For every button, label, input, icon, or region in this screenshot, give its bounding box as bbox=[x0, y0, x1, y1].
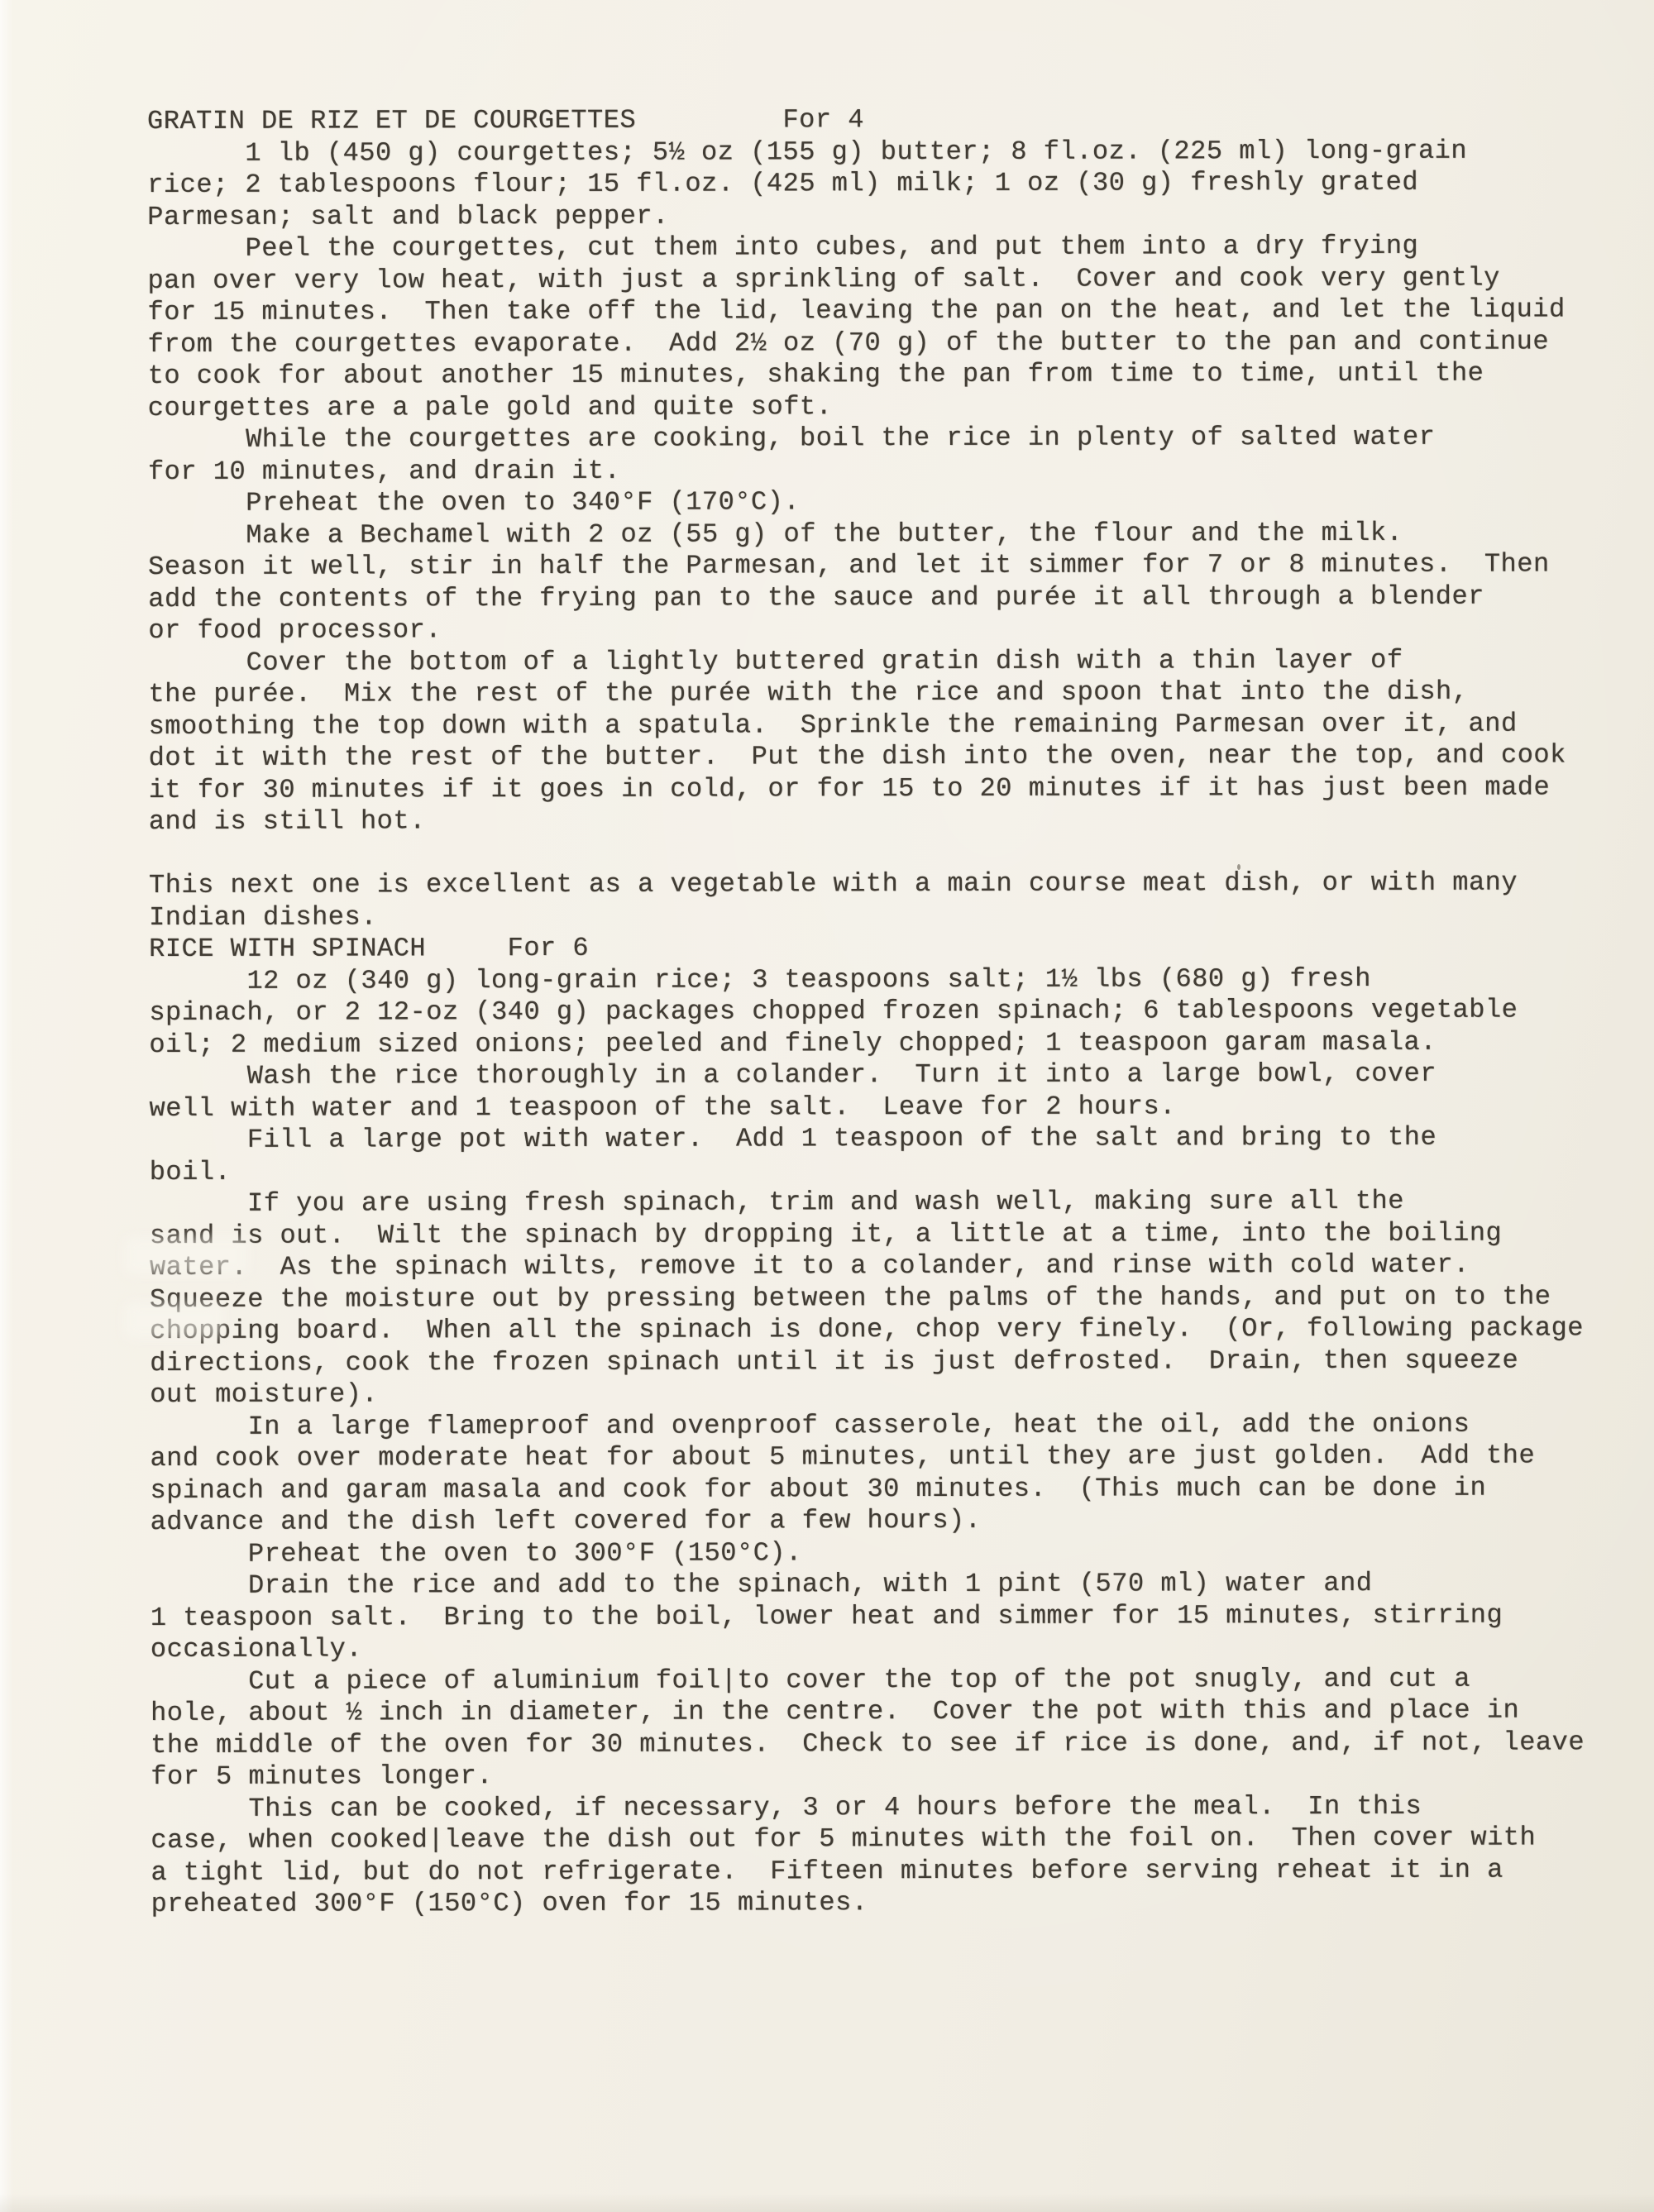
text-line: add the contents of the frying pan to th… bbox=[148, 580, 1637, 615]
text-line: and cook over moderate heat for about 5 … bbox=[150, 1440, 1638, 1474]
text-line: spinach, or 2 12-oz (340 g) packages cho… bbox=[149, 994, 1637, 1029]
text-line: the middle of the oven for 30 minutes. C… bbox=[151, 1727, 1639, 1761]
text-line: pan over very low heat, with just a spri… bbox=[147, 262, 1636, 297]
text-line: for 15 minutes. Then take off the lid, l… bbox=[147, 294, 1636, 328]
text-line: Fill a large pot with water. Add 1 teasp… bbox=[150, 1121, 1638, 1156]
text-line: Preheat the oven to 300°F (150°C). bbox=[151, 1536, 1639, 1570]
text-line: chopping board. When all the spinach is … bbox=[150, 1312, 1638, 1347]
text-line: the purée. Mix the rest of the purée wit… bbox=[148, 676, 1637, 710]
text-line: 1 teaspoon salt. Bring to the boil, lowe… bbox=[151, 1599, 1639, 1634]
paper-edge-shadow bbox=[0, 2194, 1654, 2212]
paper-edge-highlight bbox=[0, 0, 13, 2212]
text-line: well with water and 1 teaspoon of the sa… bbox=[149, 1090, 1637, 1125]
text-line: hole, about ½ inch in diameter, in the c… bbox=[151, 1694, 1639, 1729]
text-line: Squeeze the moisture out by pressing bet… bbox=[150, 1281, 1638, 1316]
typewritten-text: GRATIN DE RIZ ET DE COURGETTES For 4 1 l… bbox=[147, 103, 1640, 1920]
text-line: case, when cooked|leave the dish out for… bbox=[151, 1822, 1639, 1856]
text-line: for 5 minutes longer. bbox=[151, 1758, 1639, 1793]
text-line: Cut a piece of aluminium foil|to cover t… bbox=[151, 1663, 1639, 1698]
text-line: In a large flameproof and ovenproof cass… bbox=[150, 1408, 1638, 1443]
text-line: Season it well, stir in half the Parmesa… bbox=[148, 548, 1637, 583]
recipe-heading-line: GRATIN DE RIZ ET DE COURGETTES For 4 bbox=[147, 103, 1636, 137]
text-line: Parmesan; salt and black pepper. bbox=[147, 198, 1636, 233]
text-line: Make a Bechamel with 2 oz (55 g) of the … bbox=[148, 517, 1637, 552]
text-line: and is still hot. bbox=[149, 803, 1637, 838]
text-line: This next one is excellent as a vegetabl… bbox=[149, 867, 1637, 901]
text-line: Cover the bottom of a lightly buttered g… bbox=[148, 644, 1637, 679]
text-line: Indian dishes. bbox=[149, 899, 1637, 934]
text-line: Drain the rice and add to the spinach, w… bbox=[151, 1567, 1639, 1602]
text-line: from the courgettes evaporate. Add 2½ oz… bbox=[148, 326, 1637, 361]
correction-smudge bbox=[124, 1237, 248, 1275]
text-line: If you are using fresh spinach, trim and… bbox=[150, 1185, 1638, 1220]
text-line: boil. bbox=[150, 1154, 1638, 1188]
text-line: Preheat the oven to 340°F (170°C). bbox=[148, 485, 1637, 519]
text-line: 1 lb (450 g) courgettes; 5½ oz (155 g) b… bbox=[147, 135, 1636, 170]
text-line: a tight lid, but do not refrigerate. Fif… bbox=[151, 1854, 1639, 1889]
text-line: to cook for about another 15 minutes, sh… bbox=[148, 357, 1637, 392]
text-line: for 10 minutes, and drain it. bbox=[148, 453, 1637, 488]
text-line: directions, cook the frozen spinach unti… bbox=[150, 1345, 1638, 1379]
text-line: preheated 300°F (150°C) oven for 15 minu… bbox=[151, 1885, 1640, 1920]
text-line: smoothing the top down with a spatula. S… bbox=[149, 708, 1637, 743]
text-line: spinach and garam masala and cook for ab… bbox=[150, 1472, 1638, 1507]
text-line: Peel the courgettes, cut them into cubes… bbox=[147, 230, 1636, 265]
text-line: oil; 2 medium sized onions; peeled and f… bbox=[149, 1026, 1637, 1061]
text-line: occasionally. bbox=[151, 1631, 1639, 1665]
ink-speck bbox=[1237, 864, 1240, 870]
text-line: advance and the dish left covered for a … bbox=[151, 1503, 1639, 1538]
blank-line bbox=[149, 835, 1637, 870]
text-line: Wash the rice thoroughly in a colander. … bbox=[149, 1058, 1637, 1092]
scanned-recipe-page: { "page": { "kind": "scanned typewritten… bbox=[0, 0, 1654, 2212]
text-line: courgettes are a pale gold and quite sof… bbox=[148, 389, 1637, 424]
text-line: While the courgettes are cooking, boil t… bbox=[148, 421, 1637, 456]
text-line: This can be cooked, if necessary, 3 or 4… bbox=[151, 1790, 1639, 1825]
text-line: out moisture). bbox=[150, 1376, 1638, 1411]
text-line: dot it with the rest of the butter. Put … bbox=[149, 739, 1637, 774]
text-line: 12 oz (340 g) long-grain rice; 3 teaspoo… bbox=[149, 963, 1637, 997]
text-line: rice; 2 tablespoons flour; 15 fl.oz. (42… bbox=[147, 166, 1636, 201]
text-line: water. As the spinach wilts, remove it t… bbox=[150, 1249, 1638, 1283]
text-line: it for 30 minutes if it goes in cold, or… bbox=[149, 772, 1637, 806]
text-line: sand is out. Wilt the spinach by droppin… bbox=[150, 1217, 1638, 1252]
recipe-heading-line: RICE WITH SPINACH For 6 bbox=[149, 930, 1637, 965]
text-line: or food processor. bbox=[148, 612, 1637, 647]
correction-smudge bbox=[124, 1302, 223, 1339]
